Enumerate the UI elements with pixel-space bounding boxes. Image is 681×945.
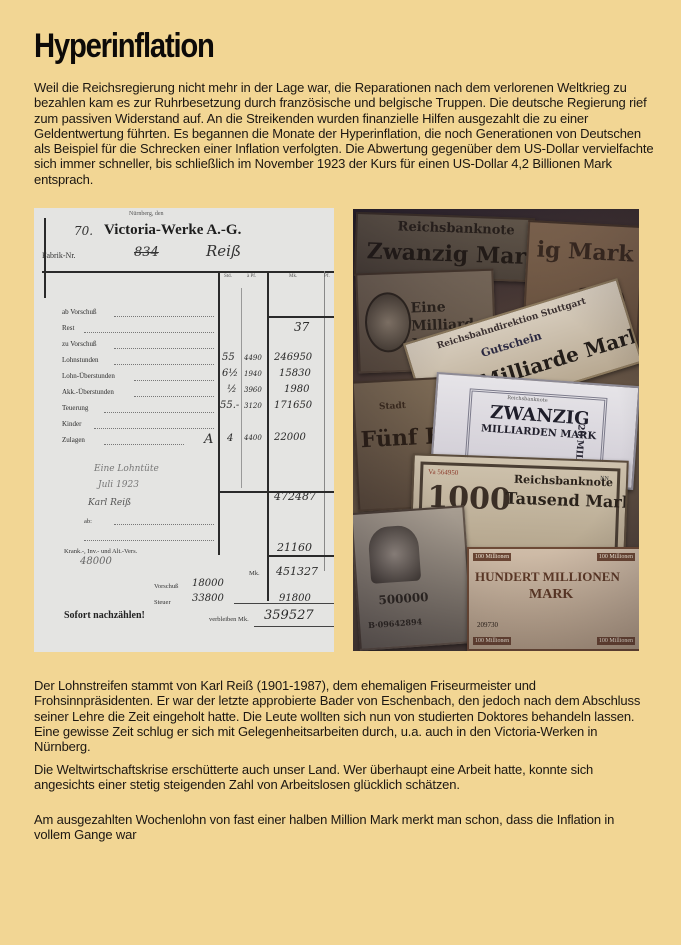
payslip-verbleiben-label: verbleiben Mk. [209,616,249,623]
payslip-row-label: Rest [62,324,74,332]
payslip-left-hand-value: 48000 [80,556,112,567]
payslip-std-value: 55 [222,352,235,363]
page-title: Hyperinflation [34,26,214,66]
payslip-mk-value: 15830 [279,368,311,379]
payslip-col-std: Std. [224,274,232,279]
payslip-row-label: ab Vorschuß [62,308,97,316]
banknote-fuenfhunderttausend: 500000 B·09642894 [353,505,474,651]
payslip-dots [114,524,214,525]
payslip-row-label: Lohn-Überstunden [62,372,115,380]
payslip-row-label: Lohnstunden [62,356,99,364]
payslip-verbleiben-value: 359527 [264,608,314,623]
payslip-std-value: 6½ [222,368,238,379]
payslip-rest-line [267,316,334,318]
payslip-header-line [42,271,334,273]
payslip-rest-value: 37 [294,320,309,334]
payslip-fabrik-value: 834 [134,245,159,260]
payslip-top-line: Nürnberg, den [129,211,164,217]
payslip-image: Nürnberg, den 70. Victoria-Werke A.-G. F… [34,208,334,652]
payslip-vorschuss-label: Vorschuß [154,583,178,590]
payslip-abzug-value: 91800 [279,593,311,604]
payslip-company: Victoria-Werke A.-G. [104,222,241,239]
payslip-mk-value: 22000 [274,432,306,443]
payslip-mk-value: 1980 [284,384,309,395]
payslip-name: Reiß [206,242,241,260]
payslip-final-line [254,626,334,627]
banknote-hundert-millionen: 100 Millionen 100 Millionen HUNDERT MILL… [467,547,639,651]
payslip-std-value: 4 [227,433,233,444]
payslip-total-line [267,555,334,557]
payslip-col-line [267,271,269,601]
payslip-mk-value: 171650 [274,400,312,411]
payslip-dots [94,428,214,429]
payslip-col-line [218,271,220,555]
portrait [367,525,421,584]
payslip-col-rate: à Pf. [247,274,256,279]
payslip-row-label: Zulagen [62,436,85,444]
payslip-left-mark [44,218,46,298]
payslip-handwritten-note: Eine Lohntüte [94,464,159,474]
payslip-vorschuss-value: 18000 [192,578,224,589]
payslip-kranken-label: Krank.-, Inv.- und Alt.-Vers. [64,548,137,555]
payslip-dots [114,348,214,349]
payslip-rate-value: 3960 [244,386,262,394]
banknotes-image: Reichsbanknote Zwanzig Mark ig Mark 20 E… [353,209,639,651]
payslip-hand-prefix: 70. [74,224,93,238]
payslip-dots [114,316,214,317]
payslip-subtotal: 472487 [274,490,316,503]
payslip-row-label: Akk.-Überstunden [62,388,114,396]
lohn-paragraph: Am ausgezahlten Wochenlohn von fast eine… [34,812,654,843]
payslip-row-label: Teuerung [62,404,88,412]
payslip-col-mk: Mk. [289,274,297,279]
payslip-ab-label: ab: [84,518,92,525]
intro-paragraph: Weil die Reichsregierung nicht mehr in d… [34,80,654,187]
payslip-rate-value: 4400 [244,434,262,442]
payslip-sofort: Sofort nachzählen! [64,610,145,621]
payslip-mk-label: Mk. [249,570,260,577]
payslip-steuer-value: 33800 [192,593,224,604]
payslip-rate-value: 3120 [244,402,262,410]
payslip-kranken-value: 21160 [277,541,312,554]
payslip-col-pf: Pf. [324,274,330,279]
payslip-handwritten-note: Karl Reiß [88,498,131,508]
payslip-std-value: ½ [227,384,237,395]
payslip-zulagen-mark: A [204,432,213,447]
payslip-fabrik-label: Fabrik-Nr. [42,251,76,260]
payslip-dots [134,380,214,381]
payslip-dots [84,540,214,541]
payslip-mk-value: 451327 [276,565,318,578]
karl-paragraph: Der Lohnstreifen stammt von Karl Reiß (1… [34,678,654,754]
payslip-rate-value: 4490 [244,354,262,362]
payslip-dots [104,444,184,445]
payslip-rate-value: 1940 [244,370,262,378]
payslip-dots [114,364,214,365]
payslip-mk-value: 246950 [274,352,312,363]
payslip-row-label: zu Vorschuß [62,340,97,348]
payslip-steuer-label: Steuer [154,599,171,606]
payslip-row-label: Kinder [62,420,81,428]
payslip-dots [104,412,214,413]
payslip-handwritten-note: Juli 1923 [98,480,139,490]
payslip-dots [84,332,214,333]
krise-paragraph: Die Weltwirtschaftskrise erschütterte au… [34,762,654,793]
payslip-std-value: 55.- [220,400,239,411]
payslip-col-line [241,288,242,488]
payslip-dots [134,396,214,397]
